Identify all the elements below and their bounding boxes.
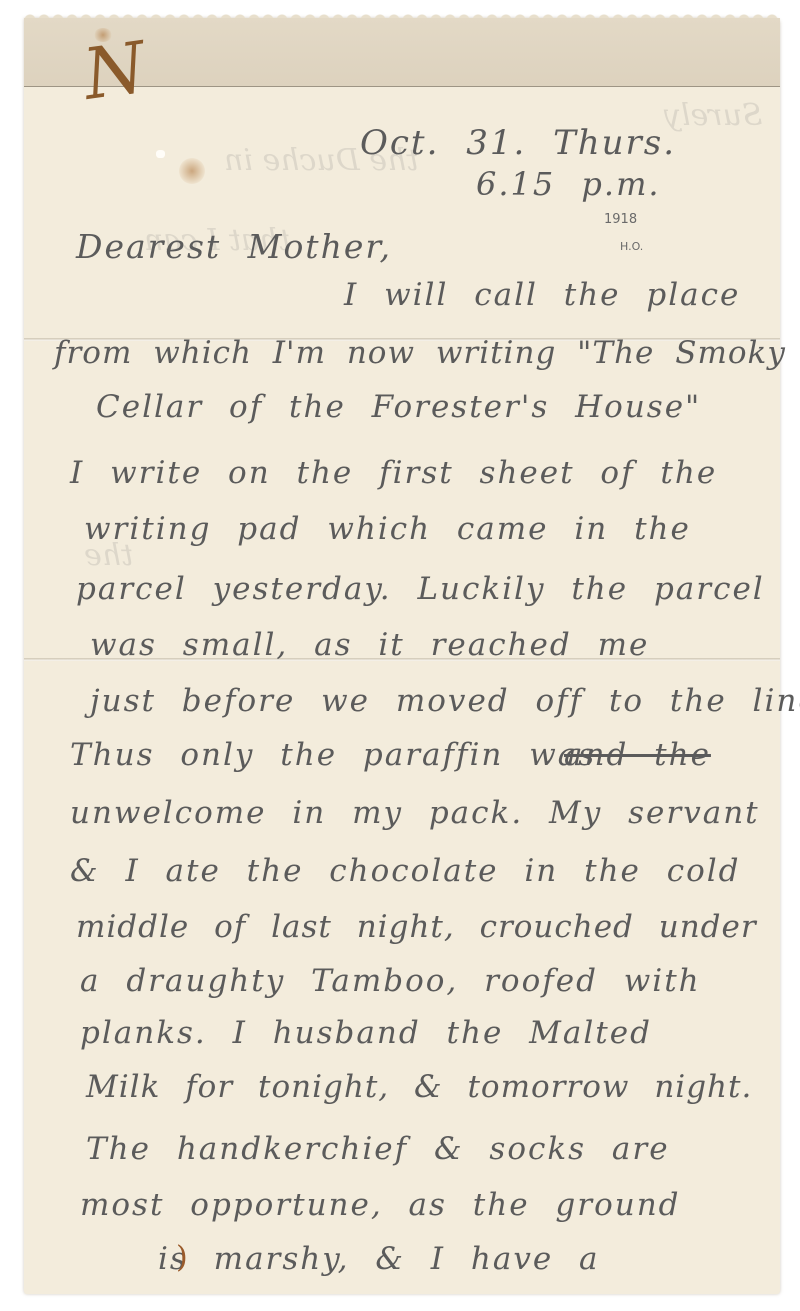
paper-hole [156, 150, 165, 158]
letter-line: The handkerchief & socks are [86, 1134, 670, 1165]
letter-line: from which I'm now writing "The Smoky [54, 338, 786, 369]
letter-line: is marshy, & I have a [158, 1244, 600, 1275]
letter-sheet: N the Duche in that I can Surely the Oct… [24, 18, 780, 1294]
struck-out-word: and the [564, 740, 711, 771]
letter-date: Oct. 31. Thurs. [360, 126, 676, 160]
bleed-through-text: Surely [664, 98, 763, 133]
letter-line: & I ate the chocolate in the cold [70, 856, 741, 887]
letter-time: 6.15 p.m. [476, 168, 661, 200]
letter-line: unwelcome in my pack. My servant [70, 798, 760, 829]
letter-line: just before we moved off to the line. [90, 686, 800, 717]
letter-line: I write on the first sheet of the [70, 458, 717, 489]
rust-stain [179, 158, 205, 184]
rust-stain [94, 28, 112, 42]
letter-line: middle of last night, crouched under [76, 912, 757, 943]
letter-line: parcel yesterday. Luckily the parcel [76, 574, 765, 605]
letter-line: Thus only the paraffin was [70, 740, 596, 771]
letter-line: planks. I husband the Malted [80, 1018, 652, 1049]
letter-line: a draughty Tamboo, roofed with [80, 966, 701, 997]
initials-annotation: H.O. [620, 240, 643, 253]
letter-line: I will call the place [344, 280, 740, 311]
ink-bracket-mark: ) [176, 1240, 188, 1275]
corner-ink-mark: N [79, 32, 149, 110]
letter-line: most opportune, as the ground [80, 1190, 681, 1221]
letter-line: Cellar of the Forester's House" [96, 392, 701, 423]
letter-line: was small, as it reached me [90, 630, 649, 661]
salutation: Dearest Mother, [76, 230, 392, 263]
letter-line: Milk for tonight, & tomorrow night. [86, 1072, 752, 1103]
year-annotation: 1918 [604, 212, 637, 227]
letter-line: writing pad which came in the [84, 514, 691, 545]
